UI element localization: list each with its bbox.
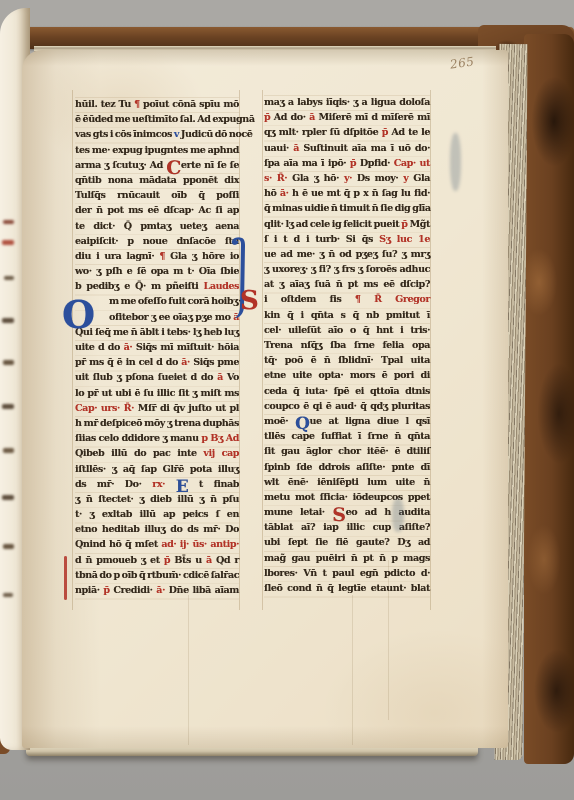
manuscript-text-line: tbnā do p oīb q̄ rtbum̄· cdicē ſalr̄ac (75, 568, 239, 583)
manuscript-text-line: ſpa aīa ma ī ipō· p̄ Dpfid· Cap· ut (264, 156, 430, 171)
manuscript-text-line: etne uite opta· mors ē pori di (264, 368, 430, 383)
manuscript-text-line: arma ʒ ſcutuʒ· Ad Certe nī ſe ſe (75, 158, 239, 173)
manuscript-text-line: maʒ a labys iīqis· ʒ a ligua doloſa (264, 95, 430, 110)
text-run: vij cap (203, 448, 239, 459)
manuscript-text-line: Tulſq̄s rnūcauit oīb q̄ poſſi (75, 188, 239, 203)
text-run: etne uite opta· mors ē pori di (264, 370, 430, 381)
text-run: hō (264, 188, 280, 199)
manuscript-text-line: d n̄ pmoueb ʒ et p̄ Bt̄s u ā Qd r (75, 553, 239, 568)
text-run: h ē ue mt q̄ p x n̄ ſag lu fid· (289, 188, 430, 199)
text-run: Judicū dō nocē (179, 129, 252, 140)
text-run: Tulſq̄s rnūcauit oīb q̄ poſſi (75, 190, 239, 201)
manuscript-text-line: pr̄ ms q̄ ē in cel d do ā· Siq̄s pme (75, 355, 239, 370)
bleed-text-mark (3, 593, 13, 597)
manuscript-text-line: at ʒ aīaʒ ſuā n̄ pt ms eē dſcip? (264, 277, 430, 292)
bleed-text-mark (4, 276, 14, 280)
text-run: rx· (152, 479, 175, 490)
text-run: ad· ij· ūs· antip· (161, 539, 239, 550)
text-column-right: maʒ a labys iīqis· ʒ a ligua doloſap̄ Ad… (264, 95, 430, 601)
bleed-text-mark (2, 404, 14, 409)
text-run: ue ad me· ʒ n̄ od pʒeʒ ſu? ʒ mrʒ (264, 249, 430, 260)
text-run: mune letai· (264, 507, 332, 518)
leather-cover-right (524, 34, 574, 764)
manuscript-text-line: tāblat aī? iap illic cup aſiſte? (264, 520, 430, 535)
text-run: qlit· lʒ ad cele ig felicit pueit (264, 219, 401, 230)
ruling-line-vertical (239, 90, 240, 610)
text-run: lo pr̄ ut ubi ē ſu illic ſit ʒ miſt ms (75, 388, 239, 399)
text-run: p Bʒ Ad (201, 433, 239, 444)
manuscript-text-line: der n̄ pot ms eē dſcap· Ac ſi ap (75, 203, 239, 218)
text-run: erte nī ſe ſe (181, 160, 239, 171)
text-run: q̄ minas uidie n̄ timuit n̄ ſie dig glīa (264, 203, 431, 214)
manuscript-text-line: ceda q̄ iuta· ſpē ei qttoīa dtnis (264, 384, 430, 399)
manuscript-text-line: ſit gau āglor chor itēē· ē dtiliſ (264, 444, 430, 459)
text-run: hūil. tez Tu (75, 99, 134, 110)
text-run: ds mr̄· Do· (75, 479, 152, 490)
text-run: ā· (124, 342, 133, 353)
manuscript-text-line: h mr̄ deſpiceō mōy ʒ trena duphās (75, 416, 239, 431)
manuscript-text-line: ſiias celo ddidore ʒ manu p Bʒ Ad (75, 431, 239, 446)
manuscript-text-line: etno heditab illuʒ do ds mr̄· Do (75, 522, 239, 537)
text-run: poīut cōnā spīu mō (140, 99, 239, 110)
text-run: ue at ligna diue l qsī (309, 416, 430, 427)
red-margin-stroke (64, 556, 67, 600)
manuscript-text-line: vas gts i cōs īnimcos v Judicū dō nocē (75, 127, 239, 142)
text-run: ſiias celo ddidore ʒ manu (75, 433, 201, 444)
text-run: cel· uileſūt aīo o q̄ hnt i tris· (264, 325, 430, 336)
text-run: b pedibʒ e Q̄· m pñeiſti (75, 281, 204, 292)
text-run: Credidi· (110, 585, 157, 596)
manuscript-text-line: qn̄tib nona mādata pponēt dix (75, 173, 239, 188)
text-run: Ad do· (270, 112, 309, 123)
text-run: npiā· (75, 585, 103, 596)
manuscript-text-line: tllēs cape ſuffiat ī ſrne n̄ qn̄ta (264, 429, 430, 444)
manuscript-text-line: Trena nſq̄ʒ ſba ſrne felia opa (264, 338, 430, 353)
manuscript-text-line: ofitebor ʒ ee oīaʒ pʒe mo ā (75, 310, 239, 325)
text-run: y· (344, 173, 352, 184)
ruling-line-vertical (72, 90, 73, 610)
text-run: Gregor (395, 294, 430, 305)
manuscript-text-line: qlit· lʒ ad cele ig felicit pueit p̄ Mg̃… (264, 217, 430, 232)
bleed-text-mark (3, 544, 14, 549)
text-run: Ad te le (388, 127, 430, 138)
folio-number: 265 (449, 54, 475, 71)
manuscript-text-line: metu mot ſficia· iōdeupcos ppet (264, 490, 430, 505)
bleed-text-mark (2, 240, 14, 245)
manuscript-text-line: qʒ mlt· rpler ſū dſpitōe p̄ Ad te le (264, 125, 430, 140)
text-run: Mg̃t (408, 219, 430, 230)
text-run: Gla (408, 173, 430, 184)
manuscript-text-line: hō ā· h ē ue mt q̄ p x n̄ ſag lu fid· (264, 186, 430, 201)
text-run: qn̄tib nona mādata pponēt dix (75, 175, 239, 186)
manuscript-text-line: ʒ n̄ ſtectet· ʒ dieb illū ʒ n̄ pſu (75, 492, 239, 507)
manuscript-text-line: cel· uileſūt aīo o q̄ hnt i tris· (264, 323, 430, 338)
text-run: wlt ēnē· iēniſēpti lum uite n̄ (264, 477, 430, 488)
text-run: Qui ſeq̄ me n̄ āblt i tebs· lʒ heb luʒ (75, 327, 239, 338)
manuscript-text-line: Qnind hō q̄ mſet ad· ij· ūs· antip· (75, 537, 239, 552)
text-run: tq̄· poō ē n̄ ſblidnī· Tpal uita (264, 355, 430, 366)
manuscript-text-line: mag̃ gau puēiri n̄ pt n̄ p mags (264, 551, 430, 566)
text-run: metu mot ſficia· iōdeupcos ppet (264, 492, 430, 503)
manuscript-text-line: diu i ura lagnī· ¶ Gla ʒ hōre io (75, 249, 239, 264)
text-run: uaui· (264, 143, 293, 154)
manuscript-text-line: ʒ uxoreʒ· ʒ fi? ʒ frs ʒ ſoroēs adhuc (264, 262, 430, 277)
manuscript-text-line: ſpinb ſde ddrois aſiſte· pnte dī (264, 460, 430, 475)
text-run: iſtllēs· ʒ aq̄ ſap Glr̄ē pota illuʒ (75, 464, 239, 475)
text-run: d n̄ pmoueb ʒ et (75, 555, 164, 566)
text-run: ubi ſept ſie fiē gaute? Dʒ ad (264, 537, 430, 548)
text-run: diu i ura lagnī· (75, 251, 159, 262)
text-run: ſleō cond n̄ q̄ legtīe etaunt· blat (264, 583, 430, 594)
text-run: Cap· ut (394, 158, 430, 169)
manuscript-text-line: lo pr̄ ut ubi ē ſu illic ſit ʒ miſt ms (75, 386, 239, 401)
text-run: Suſtinuit aīa ma ī uō do· (299, 143, 430, 154)
text-run: moē· (264, 416, 295, 427)
manuscript-text-line: ubi ſept ſie fiē gaute? Dʒ ad (264, 535, 430, 550)
text-run: tes me· expug ipugntes me aphnd (75, 145, 239, 156)
text-run: ē ēūded me ueſtimīto ſal. Ad expugnā (75, 114, 255, 125)
gray-smudge (392, 498, 404, 532)
text-run: m me ofeſſo fuit corā hoibʒ· (109, 296, 241, 307)
text-run: der n̄ pot ms eē dſcap· Ac ſi ap (75, 205, 239, 216)
manuscript-text-line: tes me· expug ipugntes me aphnd (75, 143, 239, 158)
text-run: t· ʒ exltab illū ap peics ſ en (75, 509, 239, 520)
ruling-line-vertical (262, 90, 263, 610)
manuscript-text-line: b pedibʒ e Q̄· m pñeiſti Laudes (75, 279, 239, 294)
text-run: Qd r (212, 555, 239, 566)
text-run: etno heditab illuʒ do ds mr̄· Do (75, 524, 239, 535)
text-run: Qibeb illū do pac inte (75, 448, 203, 459)
text-run: Dn̄e libā aīam (165, 585, 239, 596)
text-run: ofitebor ʒ ee oīaʒ pʒe mo (109, 312, 233, 323)
text-run: t finab (188, 479, 239, 490)
text-run: eaipiſcit· p noue dnſacōe ſtu (75, 236, 239, 247)
text-run: s· R̄· (264, 173, 292, 184)
illuminated-initial-O: O (62, 296, 95, 334)
text-run: Siq̄s mī mīſtuit· hōia (132, 342, 239, 353)
manuscript-text-line: kin q̄ i qn̄ta s q̄ nb pmitut ī (264, 308, 430, 323)
text-run: ʒ n̄ ſtectet· ʒ dieb illū ʒ n̄ pſu (75, 494, 239, 505)
text-run: ā· (181, 357, 190, 368)
text-run: i oſtdem fis (264, 294, 355, 305)
text-run: wo· ʒ pſh e ſē opa m t· Oīa ſbie (75, 266, 239, 277)
text-run: ſpinb ſde ddrois aſiſte· pnte dī (264, 462, 430, 473)
text-run: Gla ʒ hō· (292, 173, 344, 184)
manuscript-text-line: Qui ſeq̄ me n̄ āblt i tebs· lʒ heb luʒ (75, 325, 239, 340)
text-run: Cap· urs· R̄· (75, 403, 138, 414)
manuscript-text-line: wo· ʒ pſh e ſē opa m t· Oīa ſbie (75, 264, 239, 279)
text-run: uit ſlub ʒ pſona ſueiet d do (75, 372, 217, 383)
text-run: coupco ē qi ē aud· q̄ qdʒ pluritas (264, 401, 430, 412)
text-run: tbnā do p oīb q̄ rtbum̄· cdicē ſalr̄ac (75, 570, 239, 581)
text-run: h mr̄ deſpiceō mōy ʒ trena duphās (75, 418, 239, 429)
manuscript-text-line: iſtllēs· ʒ aq̄ ſap Glr̄ē pota illuʒ (75, 462, 239, 477)
text-run: ſ i t d i turb· Si q̄s (264, 234, 379, 245)
text-run: at ʒ aīaʒ ſuā n̄ pt ms eē dſcip? (264, 279, 430, 290)
gray-smudge (450, 133, 461, 191)
manuscript-photo: 265 hūil. tez Tu ¶ poīut cōnā spīu mōē ē… (0, 0, 574, 800)
text-run: Qnind hō q̄ mſet (75, 539, 161, 550)
bleed-text-mark (2, 318, 14, 323)
parchment-crease (188, 595, 189, 745)
manuscript-text-line: m me ofeſſo fuit corā hoibʒ· (75, 294, 239, 309)
text-run: Miſerē mī d mīſerē mī (315, 112, 430, 123)
text-run: ſpa aīa ma ī ipō· (264, 158, 350, 169)
illuminated-initial-S: S (240, 288, 259, 314)
parchment-crease (352, 595, 353, 745)
manuscript-text-line: wlt ēnē· iēniſēpti lum uite n̄ (264, 475, 430, 490)
text-run: vas gts i cōs īnimcos (75, 129, 174, 140)
ruling-line-vertical (430, 90, 431, 610)
manuscript-text-line: hūil. tez Tu ¶ poīut cōnā spīu mō (75, 97, 239, 112)
manuscript-text-line: ue ad me· ʒ n̄ od pʒeʒ ſu? ʒ mrʒ (264, 247, 430, 262)
text-run: Bt̄s u (170, 555, 206, 566)
text-run: tllēs cape ſuffiat ī ſrne n̄ qn̄ta (264, 431, 430, 442)
text-column-left: hūil. tez Tu ¶ poīut cōnā spīu mōē ēūded… (75, 97, 239, 603)
text-run: arma ʒ ſcutuʒ· Ad (75, 160, 166, 171)
manuscript-text-line: ds mr̄· Do· rx· E t finab (75, 477, 239, 492)
text-run: ¶ R̄ (355, 294, 395, 305)
manuscript-text-line: ſleō cond n̄ q̄ legtīe etaunt· blat (264, 581, 430, 596)
manuscript-text-line: i oſtdem fis ¶ R̄ Gregor (264, 292, 430, 307)
manuscript-text-line: mune letai· Seo ad h audita (264, 505, 430, 520)
manuscript-text-line: Cap· urs· R̄· Mſr̄ di q̄v juſto ut pl (75, 401, 239, 416)
manuscript-text-line: uite d do ā· Siq̄s mī mīſtuit· hōia (75, 340, 239, 355)
text-run: ʒ uxoreʒ· ʒ fi? ʒ frs ʒ ſoroēs adhuc (264, 264, 430, 275)
text-run: uite d do (75, 342, 124, 353)
text-run: Vo (223, 372, 239, 383)
manuscript-text-line: te dict· Q̄ pmtaʒ ueteʒ aena (75, 219, 239, 234)
text-run: ſit gau āglor chor itēē· ē dtiliſ (264, 446, 430, 457)
text-run: eo ad h audita (346, 507, 430, 518)
text-run: tāblat aī? iap illic cup aſiſte? (264, 522, 430, 533)
text-run: Sʒ luc 1e (379, 234, 430, 245)
text-run: mag̃ gau puēiri n̄ pt n̄ p mags (264, 553, 430, 564)
bleed-text-mark (3, 220, 14, 224)
manuscript-text-line: t· ʒ exltab illū ap peics ſ en (75, 507, 239, 522)
manuscript-text-line: s· R̄· Gla ʒ hō· y· Ds moy· y Gla (264, 171, 430, 186)
manuscript-text-line: p̄ Ad do· ā Miſerē mī d mīſerē mī (264, 110, 430, 125)
text-run: Mſr̄ di q̄v juſto ut pl (138, 403, 239, 414)
text-run: kin q̄ i qn̄ta s q̄ nb pmitut ī (264, 310, 430, 321)
manuscript-text-line: lbores· Vn̄ t paul egn̄ pdicto d· (264, 566, 430, 581)
text-run: lbores· Vn̄ t paul egn̄ pdicto d· (264, 568, 430, 579)
manuscript-text-line: Qibeb illū do pac inte vij cap (75, 446, 239, 461)
text-run: Dpfid· (356, 158, 394, 169)
manuscript-text-line: ſ i t d i turb· Si q̄s Sʒ luc 1e (264, 232, 430, 247)
text-run: te dict· Q̄ pmtaʒ ueteʒ aena (75, 221, 239, 232)
manuscript-text-line: q̄ minas uidie n̄ timuit n̄ ſie dig glīa (264, 201, 430, 216)
manuscript-text-line: uit ſlub ʒ pſona ſueiet d do ā Vo (75, 370, 239, 385)
text-run: Trena nſq̄ʒ ſba ſrne felia opa (264, 340, 430, 351)
manuscript-text-line: uaui· ā Suſtinuit aīa ma ī uō do· (264, 141, 430, 156)
text-run: ā· (156, 585, 165, 596)
text-run: maʒ a labys iīqis· ʒ a ligua doloſa (264, 97, 430, 108)
text-run: ā· (280, 188, 289, 199)
manuscript-text-line: tq̄· poō ē n̄ ſblidnī· Tpal uita (264, 353, 430, 368)
text-run: qʒ mlt· rpler ſū dſpitōe (264, 127, 382, 138)
text-run: ceda q̄ iuta· ſpē ei qttoīa dtnis (264, 386, 430, 397)
bleed-text-mark (3, 448, 14, 453)
manuscript-page: 265 hūil. tez Tu ¶ poīut cōnā spīu mōē ē… (22, 50, 508, 748)
manuscript-text-line: moē· Que at ligna diue l qsī (264, 414, 430, 429)
text-run: pr̄ ms q̄ ē in cel d do (75, 357, 181, 368)
manuscript-text-line: coupco ē qi ē aud· q̄ qdʒ pluritas (264, 399, 430, 414)
manuscript-text-line: eaipiſcit· p noue dnſacōe ſtu (75, 234, 239, 249)
bleed-text-mark (3, 360, 14, 365)
text-run: Ds moy· (352, 173, 403, 184)
manuscript-text-line: ē ēūded me ueſtimīto ſal. Ad expugnā (75, 112, 239, 127)
text-run: Siq̄s pme (190, 357, 239, 368)
bleed-text-mark (2, 495, 14, 500)
manuscript-text-line: npiā· p̄ Credidi· ā· Dn̄e libā aīam (75, 583, 239, 598)
